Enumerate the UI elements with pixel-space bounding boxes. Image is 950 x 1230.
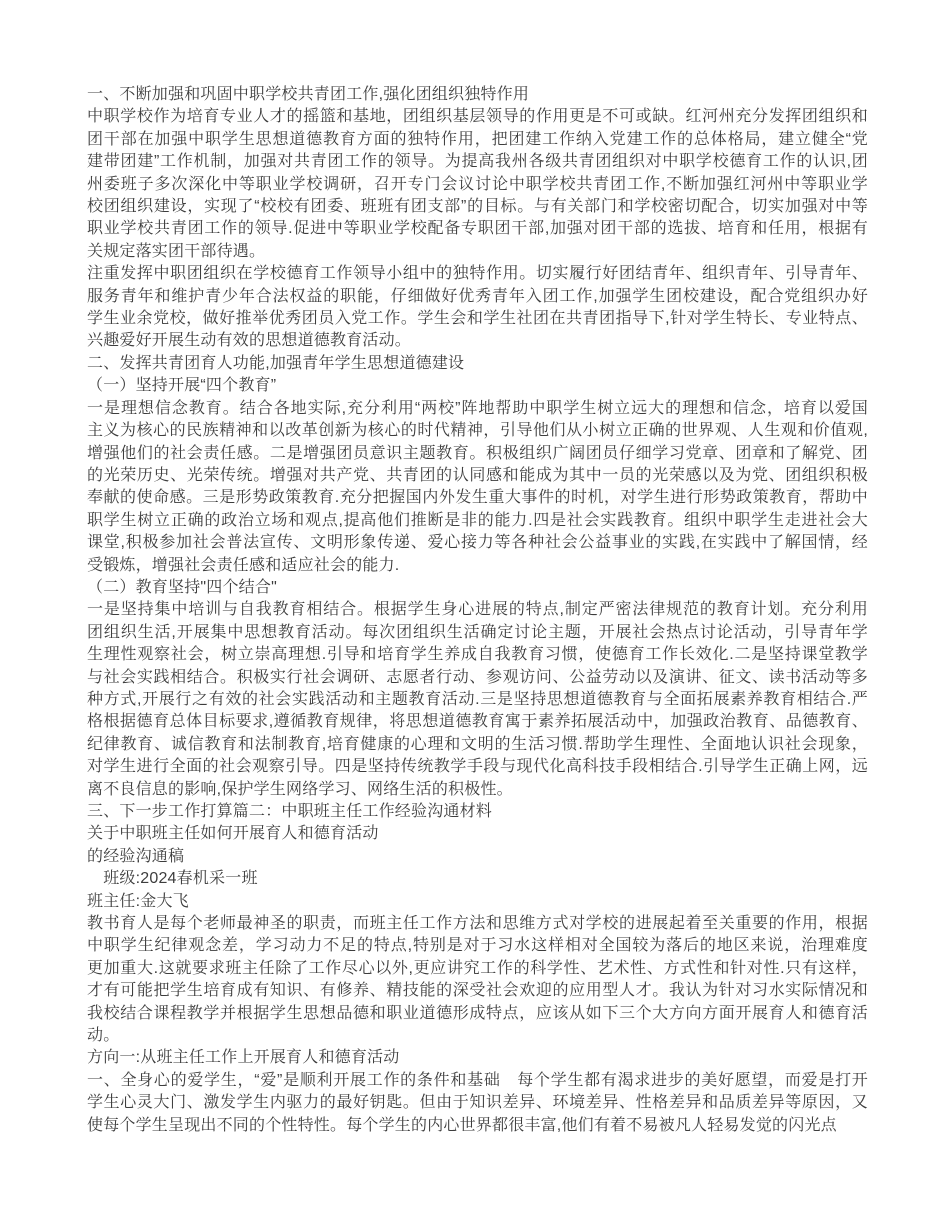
- paragraph-block: 班级:2024春机采一班: [87, 868, 868, 890]
- heading-line: （二）教育坚持"四个结合": [87, 577, 868, 599]
- text-line: 中职学生纪律观念差，学习动力不足的特点,特别是对于习水这样相对全国较为落后的地区…: [87, 935, 868, 957]
- text-line: 使每个学生呈现出不同的个性特性。每个学生的内心世界都很丰富,他们有着不易被凡人轻…: [87, 1115, 868, 1137]
- text-line: 奉献的使命感。三是形势政策教育.充分把握国内外发生重大事件的时机，对学生进行形势…: [87, 487, 868, 509]
- paragraph-block: 的经验沟通稿: [87, 846, 868, 868]
- heading-block: （一）坚持开展“四个教育”: [87, 375, 868, 397]
- heading-line: 三、下一步工作打算篇二：中职班主任工作经验沟通材料: [87, 801, 868, 823]
- text-line: 动。: [87, 1025, 868, 1047]
- text-line: 团干部在加强中职学生思想道德教育方面的独特作用，把团建工作纳入党建工作的总体格局…: [87, 129, 868, 151]
- text-line: 注重发挥中职团组织在学校德育工作领导小组中的独特作用。切实履行好团结青年、组织青…: [87, 263, 868, 285]
- paragraph-block: 注重发挥中职团组织在学校德育工作领导小组中的独特作用。切实履行好团结青年、组织青…: [87, 263, 868, 353]
- heading-block: 方向一:从班主任工作上开展育人和德育活动: [87, 1047, 868, 1069]
- text-line: 团组织生活,开展集中思想教育活动。每次团组织生活确定讨论主题，开展社会热点讨论活…: [87, 622, 868, 644]
- heading-block: 二、发挥共青团育人功能,加强青年学生思想道德建设: [87, 353, 868, 375]
- heading-line: 方向一:从班主任工作上开展育人和德育活动: [87, 1047, 868, 1069]
- text-line: 中职学校作为培育专业人才的摇篮和基地，团组织基层领导的作用更是不可或缺。红河州充…: [87, 106, 868, 128]
- text-line: 增强他们的社会责任感。二是增强团员意识主题教育。积极组织广阔团员仔细学习党章、团…: [87, 443, 868, 465]
- text-line: 职业学校共青团工作的领导.促进中等职业学校配备专职团干部,加强对团干部的选拔、培…: [87, 218, 868, 240]
- text-line: 与社会实践相结合。积极实行社会调研、志愿者行动、参观访问、公益劳动以及演讲、征文…: [87, 667, 868, 689]
- text-line: 校团组织建设，实现了“校校有团委、班班有团支部”的目标。与有关部门和学校密切配合…: [87, 196, 868, 218]
- heading-block: 三、下一步工作打算篇二：中职班主任工作经验沟通材料: [87, 801, 868, 823]
- text-line: 班主任:金大飞: [87, 891, 868, 913]
- paragraph-block: 中职学校作为培育专业人才的摇篮和基地，团组织基层领导的作用更是不可或缺。红河州充…: [87, 106, 868, 263]
- text-line: 纪律教育、诚信教育和法制教育,培育健康的心理和文明的生活习惯.帮助学生理性、全面…: [87, 734, 868, 756]
- document-body: 一、不断加强和巩固中职学校共青团工作,强化团组织独特作用中职学校作为培育专业人才…: [87, 84, 868, 1137]
- heading-line: （一）坚持开展“四个教育”: [87, 375, 868, 397]
- heading-block: （二）教育坚持"四个结合": [87, 577, 868, 599]
- text-line: 对学生进行全面的社会观察引导。四是坚持传统教学手段与现代化高科技手段相结合.引导…: [87, 756, 868, 778]
- paragraph-block: 一是坚持集中培训与自我教育相结合。根据学生身心进展的特点,制定严密法律规范的教育…: [87, 599, 868, 801]
- paragraph-block: 教书育人是每个老师最神圣的职责，而班主任工作方法和思维方式对学校的进展起着至关重…: [87, 913, 868, 1047]
- text-line: 服务青年和维护青少年合法权益的职能，仔细做好优秀青年入团工作,加强学生团校建设，…: [87, 286, 868, 308]
- paragraph-block: 班主任:金大飞: [87, 891, 868, 913]
- text-line: 的光荣历史、光荣传统。增强对共产党、共青团的认同感和能成为其中一员的光荣感以及为…: [87, 465, 868, 487]
- text-line: 建带团建”工作机制，加强对共青团工作的领导。为提高我州各级共青团组织对中职学校德…: [87, 151, 868, 173]
- heading-line: 二、发挥共青团育人功能,加强青年学生思想道德建设: [87, 353, 868, 375]
- text-line: 一是坚持集中培训与自我教育相结合。根据学生身心进展的特点,制定严密法律规范的教育…: [87, 599, 868, 621]
- text-line: 一、全身心的爱学生，“爱”是顺利开展工作的条件和基础 每个学生都有渴求进步的美好…: [87, 1070, 868, 1092]
- heading-line: 一、不断加强和巩固中职学校共青团工作,强化团组织独特作用: [87, 84, 868, 106]
- text-line: 学生业余党校，做好推举优秀团员入党工作。学生会和学生社团在共青团指导下,针对学生…: [87, 308, 868, 330]
- paragraph-block: 一是理想信念教育。结合各地实际,充分利用“两校”阵地帮助中职学生树立远大的理想和…: [87, 398, 868, 577]
- heading-block: 一、不断加强和巩固中职学校共青团工作,强化团组织独特作用: [87, 84, 868, 106]
- paragraph-block: 一、全身心的爱学生，“爱”是顺利开展工作的条件和基础 每个学生都有渴求进步的美好…: [87, 1070, 868, 1137]
- text-line: 关于中职班主任如何开展育人和德育活动: [87, 823, 868, 845]
- text-line: 离不良信息的影响,保护学生网络学习、网络生活的积极性。: [87, 779, 868, 801]
- text-line: 生理性观察社会，树立崇高理想.引导和培育学生养成自我教育习惯，使德育工作长效化.…: [87, 644, 868, 666]
- text-line: 班级:2024春机采一班: [87, 868, 868, 890]
- text-line: 一是理想信念教育。结合各地实际,充分利用“两校”阵地帮助中职学生树立远大的理想和…: [87, 398, 868, 420]
- text-line: 才有可能把学生培育成有知识、有修养、精技能的深受社会欢迎的应用型人才。我认为针对…: [87, 980, 868, 1002]
- text-line: 更加重大.这就要求班主任除了工作尽心以外,更应讲究工作的科学性、艺术性、方式性和…: [87, 958, 868, 980]
- text-line: 职学生树立正确的政治立场和观点,提高他们推断是非的能力.四是社会实践教育。组织中…: [87, 510, 868, 532]
- text-line: 我校结合课程教学并根据学生思想品德和职业道德形成特点，应该从如下三个大方向方面开…: [87, 1003, 868, 1025]
- text-line: 州委班子多次深化中等职业学校调研，召开专门会议讨论中职学校共青团工作,不断加强红…: [87, 174, 868, 196]
- text-line: 的经验沟通稿: [87, 846, 868, 868]
- text-line: 种方式,开展行之有效的社会实践活动和主题教育活动.三是坚持思想道德教育与全面拓展…: [87, 689, 868, 711]
- text-line: 格根据德育总体目标要求,遵循教育规律，将思想道德教育寓于素养拓展活动中，加强政治…: [87, 711, 868, 733]
- paragraph-block: 关于中职班主任如何开展育人和德育活动: [87, 823, 868, 845]
- text-line: 教书育人是每个老师最神圣的职责，而班主任工作方法和思维方式对学校的进展起着至关重…: [87, 913, 868, 935]
- text-line: 课堂,积极参加社会普法宣传、文明形象传递、爱心接力等各种社会公益事业的实践,在实…: [87, 532, 868, 554]
- text-line: 主义为核心的民族精神和以改革创新为核心的时代精神，引导他们从小树立正确的世界观、…: [87, 420, 868, 442]
- text-line: 学生心灵大门、激发学生内驱力的最好钥匙。但由于知识差异、环境差异、性格差异和品质…: [87, 1092, 868, 1114]
- text-line: 关规定落实团干部待遇。: [87, 241, 868, 263]
- text-line: 兴趣爱好开展生动有效的思想道德教育活动。: [87, 330, 868, 352]
- text-line: 受锻炼，增强社会责任感和适应社会的能力.: [87, 555, 868, 577]
